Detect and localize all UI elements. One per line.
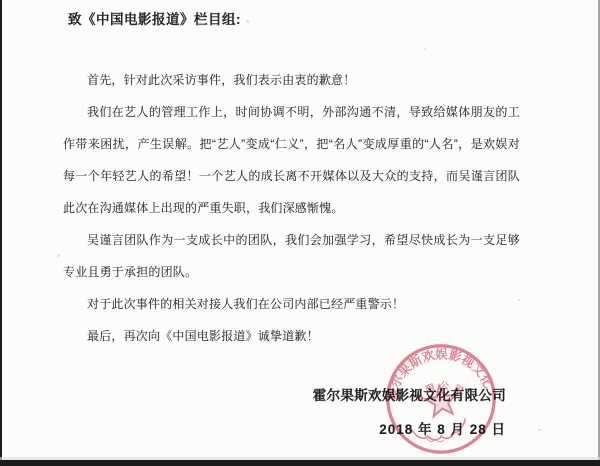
letter-body: 首先，针对此次采访事件，我们表示由衷的歉意！我们在艺人的管理工作上，时间协调不明…	[63, 64, 520, 352]
company-seal-icon: 霍尔果斯欢娱影视文化 有限公司	[375, 333, 506, 466]
letter-paragraph: 我们在艺人的管理工作上，时间协调不明，外部沟通不清，导致给媒体朋友的工作带来困扰…	[63, 96, 520, 224]
scan-speck	[57, 254, 60, 257]
letter-paragraph: 首先，针对此次采访事件，我们表示由衷的歉意！	[63, 64, 520, 96]
scan-speck	[518, 299, 520, 301]
letter-salutation: 致《中国电影报道》栏目组:	[68, 8, 241, 28]
seal-script-squiggle	[411, 419, 468, 443]
scan-speck	[424, 48, 426, 50]
letter-paragraph: 吴谨言团队作为一支成长中的团队，我们会加强学习，希望尽快成长为一支足够专业且勇于…	[63, 224, 520, 288]
scan-speck	[538, 429, 541, 431]
scan-edge-left	[0, 0, 2, 466]
letter-page: 致《中国电影报道》栏目组: 首先，针对此次采访事件，我们表示由衷的歉意！我们在艺…	[0, 0, 600, 466]
scan-edge-bottom	[0, 460, 600, 466]
letter-paragraph: 对于此次事件的相关对接人我们在公司内部已经严重警示！	[63, 288, 520, 320]
scan-speck	[246, 20, 249, 23]
